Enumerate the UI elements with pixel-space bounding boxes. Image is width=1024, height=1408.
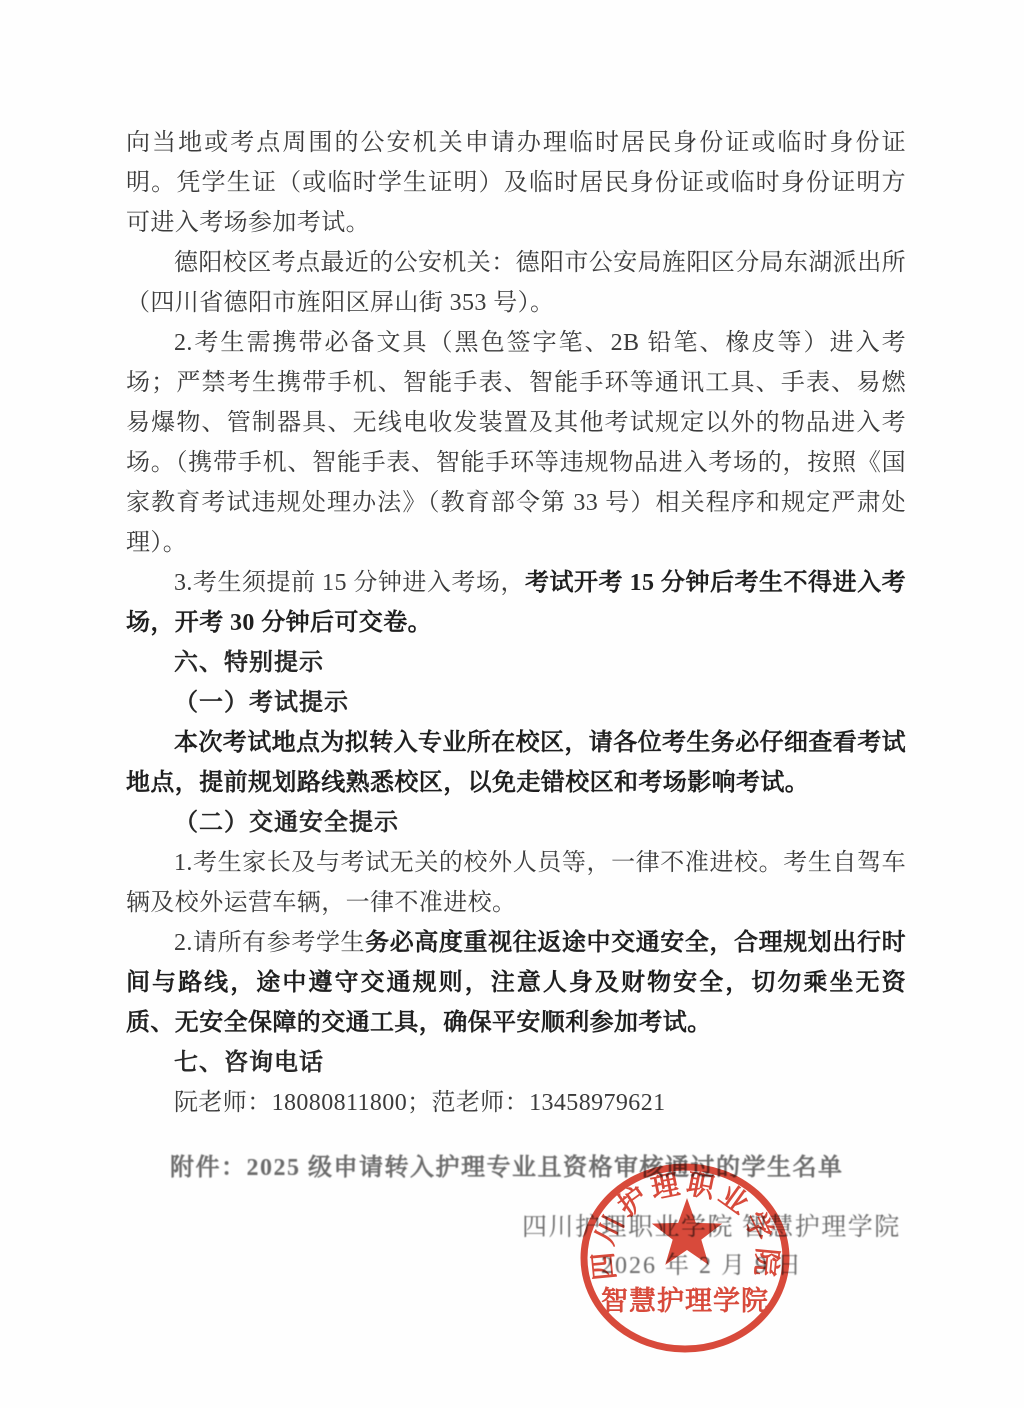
paragraph-allowed-items: 2.考生需携带必备文具（黑色签字笔、2B 铅笔、橡皮等）进入考场；严禁考生携带手… [126, 323, 906, 563]
paragraph-text: 2.考生需携带必备文具（黑色签字笔、2B 铅笔、橡皮等）进入考场；严禁考生携带手… [126, 330, 906, 556]
official-seal-stamp: 四川护理职业学院 智慧护理学院 [575, 1158, 795, 1358]
paragraph-text: 2.请所有参考学生 [174, 930, 365, 956]
subsection-heading-exam-tip: （一）考试提示 [126, 683, 906, 723]
paragraph-arrival-time: 3.考生须提前 15 分钟进入考场，考试开考 15 分钟后考生不得进入考场，开考… [126, 563, 906, 643]
paragraph-text: 3.考生须提前 15 分钟进入考场， [174, 570, 525, 596]
section-heading-contact-phone: 七、咨询电话 [126, 1043, 906, 1083]
paragraph-text: 本次考试地点为拟转入专业所在校区，请各位考生务必仔细查看考试地点，提前规划路线熟… [126, 730, 906, 796]
paragraph-campus-entry-rule: 1.考生家长及与考试无关的校外人员等，一律不准进校。考生自驾车辆及校外运营车辆，… [126, 843, 906, 923]
paragraph-text: 1.考生家长及与考试无关的校外人员等，一律不准进校。考生自驾车辆及校外运营车辆，… [126, 850, 906, 916]
scanned-document-page: 向当地或考点周围的公安机关申请办理临时居民身份证或临时身份证明。凭学生证（或临时… [0, 0, 1024, 1408]
subsection-heading-traffic-safety-tip: （二）交通安全提示 [126, 803, 906, 843]
paragraph-traffic-safety-rule: 2.请所有参考学生务必高度重视往返途中交通安全，合理规划出行时间与路线，途中遵守… [126, 923, 906, 1043]
paragraph-contact-numbers: 阮老师：18080811800；范老师：13458979621 [126, 1083, 906, 1123]
paragraph-text: 德阳校区考点最近的公安机关：德阳市公安局旌阳区分局东湖派出所（四川省德阳市旌阳区… [126, 250, 906, 316]
paragraph-exam-location-tip: 本次考试地点为拟转入专业所在校区，请各位考生务必仔细查看考试地点，提前规划路线熟… [126, 723, 906, 803]
seal-bottom-text: 智慧护理学院 [601, 1285, 769, 1316]
document-body: 向当地或考点周围的公安机关申请办理临时居民身份证或临时身份证明。凭学生证（或临时… [126, 123, 906, 1123]
paragraph-temp-id-instructions: 向当地或考点周围的公安机关申请办理临时居民身份证或临时身份证明。凭学生证（或临时… [126, 123, 906, 243]
seal-star-icon [652, 1198, 722, 1265]
seal-graphic: 四川护理职业学院 智慧护理学院 [575, 1158, 795, 1358]
paragraph-deyang-police-station: 德阳校区考点最近的公安机关：德阳市公安局旌阳区分局东湖派出所（四川省德阳市旌阳区… [126, 243, 906, 323]
paragraph-text: 向当地或考点周围的公安机关申请办理临时居民身份证或临时身份证明。凭学生证（或临时… [126, 130, 906, 236]
section-heading-special-notes: 六、特别提示 [126, 643, 906, 683]
